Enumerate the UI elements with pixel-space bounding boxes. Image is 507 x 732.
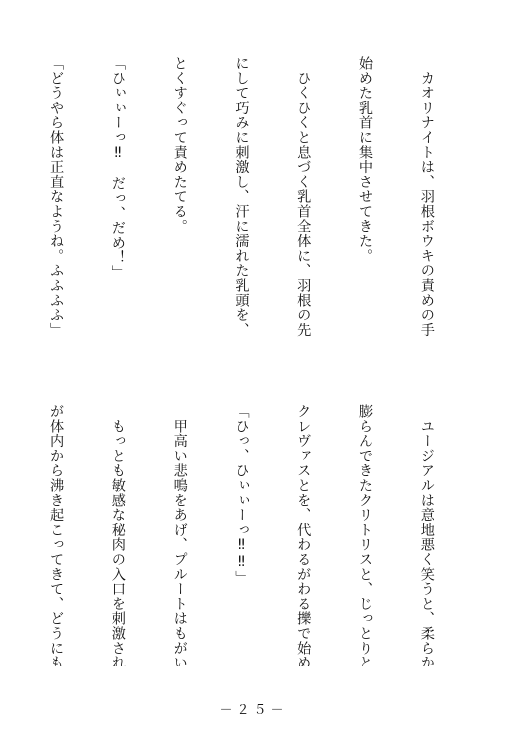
text-column: にして巧みに刺激し、汗に濡れた乳頭を、チョンチョン [231,56,252,338]
text-column: ひくひくと息づく乳首全体に、羽根の先を絡めるよう [293,56,314,338]
text-column: とくすぐって責めたてる。 [169,56,190,338]
text-column: もっとも敏感な秘肉の入口を刺激されると、熱い快感 [107,404,128,666]
text-column: 「どうやら体は正直なようね。ふふふふ」 [46,56,67,338]
text-column: 甲高い悲鳴をあげ、プルートはもがいた。 [169,404,190,666]
page-number: －２５－ [0,699,507,718]
text-column: クレヴァスとを、代わるがわる擽で始めた。 [293,404,314,666]
text-column: 始めた乳首に集中させてきた。 [354,56,375,338]
book-page: カオリナイトは、羽根ボウキの責めの手を、硬く尖り 始めた乳首に集中させてきた。 … [0,0,507,732]
text-column: 「ひっ、ひぃぃーっ‼‼」 [231,404,252,666]
text-tier-upper: カオリナイトは、羽根ボウキの責めの手を、硬く尖り 始めた乳首に集中させてきた。 … [40,56,478,338]
text-column: 「ひぃぃーっ‼ だっ、だめ！」 [107,56,128,338]
text-column: ユージアルは意地悪く笑うと、柔らかい羽根で、固く [416,404,437,666]
text-tier-lower: ユージアルは意地悪く笑うと、柔らかい羽根で、固く 膨らんできたクリトリスと、じっ… [40,404,478,666]
text-column: 膨らんできたクリトリスと、じっとりと湿り気を帯びた [354,404,375,666]
text-column: カオリナイトは、羽根ボウキの責めの手を、硬く尖り [416,56,437,338]
text-column: が体内から沸き起こってきて、どうにも、抑えることが [46,404,67,666]
